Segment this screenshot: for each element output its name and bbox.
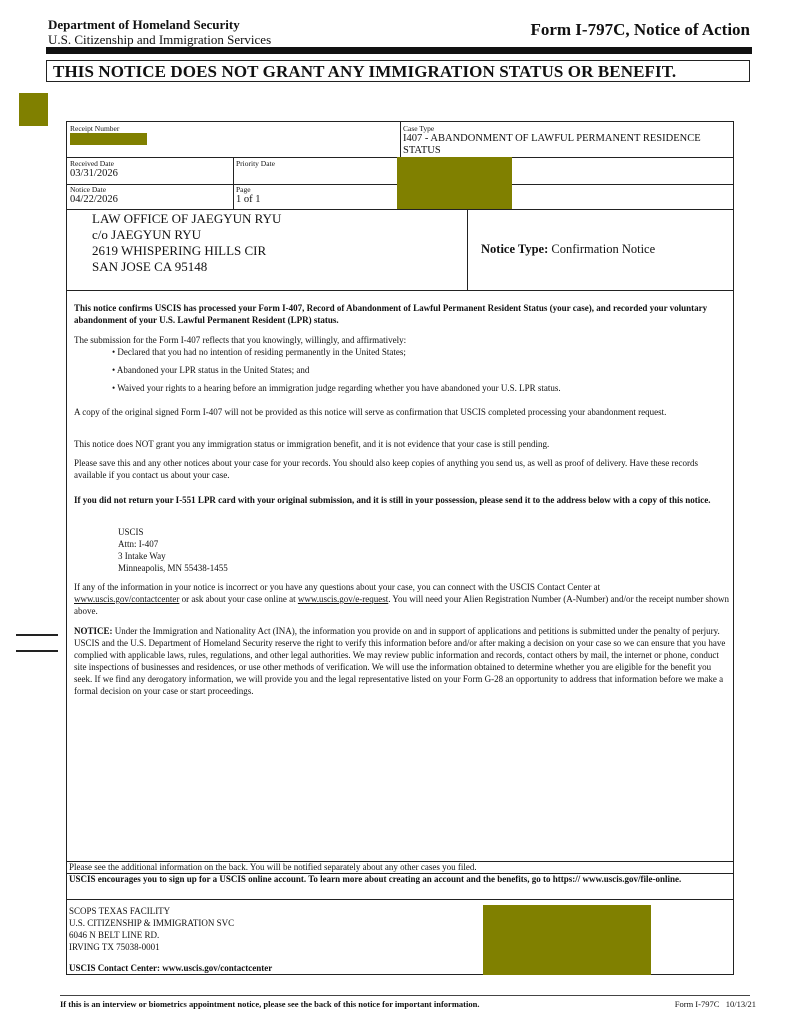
facility-address: SCOPS TEXAS FACILITY U.S. CITIZENSHIP & …: [69, 905, 389, 953]
return-address-line: Minneapolis, MN 55438-1455: [118, 562, 418, 574]
addressee-line: c/o JAEGYUN RYU: [92, 227, 462, 243]
notice-type-value: Confirmation Notice: [551, 242, 655, 256]
online-account-note: USCIS encourages you to sign up for a US…: [69, 873, 729, 885]
priority-date-cell: Priority Date: [236, 159, 396, 168]
addressee-line: 2619 WHISPERING HILLS CIR: [92, 243, 462, 259]
contact-text: or ask about your case online at: [179, 594, 297, 604]
bullet-item: • Abandoned your LPR status in the Unite…: [112, 364, 309, 376]
addressee-line: SAN JOSE CA 95148: [92, 259, 462, 275]
page-value: 1 of 1: [236, 194, 396, 206]
bullet-item: • Declared that you had no intention of …: [112, 346, 406, 358]
received-date-label: Received Date: [70, 159, 230, 168]
return-address-line: USCIS: [118, 526, 418, 538]
bullet-item: • Waived your rights to a hearing before…: [112, 382, 561, 394]
agency-name: U.S. Citizenship and Immigration Service…: [48, 32, 271, 48]
redaction-block: [483, 905, 651, 975]
notice-type-label: Notice Type:: [481, 242, 548, 256]
redaction-block: [397, 157, 512, 209]
return-address: USCIS Attn: I-407 3 Intake Way Minneapol…: [118, 526, 418, 574]
contact-text: If any of the information in your notice…: [74, 582, 600, 592]
return-address-line: 3 Intake Way: [118, 550, 418, 562]
ina-notice-text: Under the Immigration and Nationality Ac…: [74, 626, 725, 696]
save-records-note: Please save this and any other notices a…: [74, 457, 729, 481]
card-return-paragraph: If you did not return your I-551 LPR car…: [74, 494, 729, 506]
contact-center-link[interactable]: www.uscis.gov/contactcenter: [74, 594, 179, 604]
footer-note: If this is an interview or biometrics ap…: [60, 999, 479, 1009]
e-request-link[interactable]: www.uscis.gov/e-request: [298, 594, 388, 604]
received-date-cell: Received Date 03/31/2026: [70, 159, 230, 180]
not-grant-note: This notice does NOT grant you any immig…: [74, 438, 729, 450]
facility-line: IRVING TX 75038-0001: [69, 941, 389, 953]
margin-mark: [16, 650, 58, 652]
facility-line: 6046 N BELT LINE RD.: [69, 929, 389, 941]
page-label: Page: [236, 185, 396, 194]
department-name: Department of Homeland Security: [48, 17, 240, 33]
case-type-cell: Case Type I407 - ABANDONMENT OF LAWFUL P…: [403, 124, 728, 157]
notice-date-value: 04/22/2026: [70, 194, 230, 206]
priority-date-label: Priority Date: [236, 159, 396, 168]
facility-line: U.S. CITIZENSHIP & IMMIGRATION SVC: [69, 917, 389, 929]
form-edition: Form I-797C 10/13/21: [675, 999, 756, 1009]
header-rule: [46, 47, 752, 54]
case-type-value: I407 - ABANDONMENT OF LAWFUL PERMANENT R…: [403, 133, 728, 157]
additional-info-note: Please see the additional information on…: [69, 861, 729, 873]
ina-notice-paragraph: NOTICE: Under the Immigration and Nation…: [74, 625, 729, 697]
form-title: Form I-797C, Notice of Action: [530, 20, 750, 40]
redaction-block: [19, 93, 48, 126]
receipt-number-cell: Receipt Number: [70, 124, 390, 133]
notice-type: Notice Type: Confirmation Notice: [481, 242, 731, 257]
notice-date-label: Notice Date: [70, 185, 230, 194]
facility-line: SCOPS TEXAS FACILITY: [69, 905, 389, 917]
addressee-line: LAW OFFICE OF JAEGYUN RYU: [92, 211, 462, 227]
receipt-number-label: Receipt Number: [70, 124, 390, 133]
received-date-value: 03/31/2026: [70, 168, 230, 180]
copy-note: A copy of the original signed Form I-407…: [74, 406, 729, 418]
addressee-block: LAW OFFICE OF JAEGYUN RYU c/o JAEGYUN RY…: [92, 211, 462, 275]
case-type-label: Case Type: [403, 124, 728, 133]
footer-rule: [60, 995, 750, 996]
submission-lead: The submission for the Form I-407 reflec…: [74, 334, 729, 346]
receipt-number-redaction: [70, 133, 147, 145]
return-address-line: Attn: I-407: [118, 538, 418, 550]
status-disclaimer-banner: THIS NOTICE DOES NOT GRANT ANY IMMIGRATI…: [46, 60, 750, 82]
contact-paragraph: If any of the information in your notice…: [74, 581, 729, 617]
contact-center-line: USCIS Contact Center: www.uscis.gov/cont…: [69, 962, 389, 974]
page-cell: Page 1 of 1: [236, 185, 396, 206]
margin-mark: [16, 634, 58, 636]
intro-paragraph: This notice confirms USCIS has processed…: [74, 302, 729, 326]
notice-date-cell: Notice Date 04/22/2026: [70, 185, 230, 206]
ina-notice-label: NOTICE:: [74, 626, 113, 636]
